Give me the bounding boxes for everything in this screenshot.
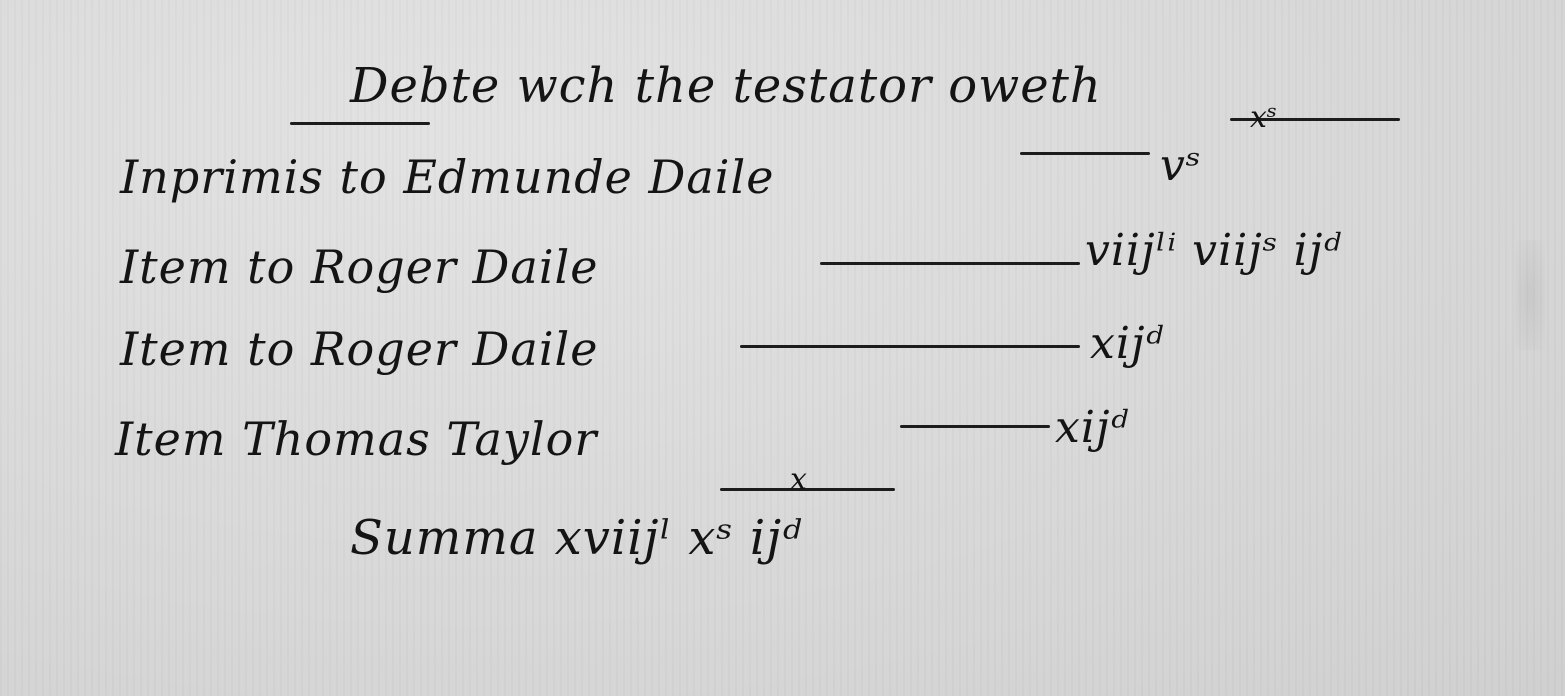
entry-payee: to Edmunde Daile [340, 150, 775, 204]
entry-3-leader [740, 345, 1080, 348]
paper-stain [1515, 240, 1545, 350]
total-correction-mark: x [790, 462, 807, 497]
entry-3-amount: xijᵈ [1090, 318, 1164, 369]
entry-prefix: Item [115, 412, 227, 466]
heading-underline-left [290, 122, 430, 125]
entry-2-amount: viijˡⁱ viijˢ ijᵈ [1085, 225, 1342, 276]
total-overline [720, 488, 895, 491]
manuscript-page: Debte wch the testator oweth Inprimis to… [0, 0, 1565, 696]
entry-2: Item to Roger Daile [120, 240, 599, 294]
entry-payee: to Roger Daile [247, 322, 598, 376]
total-amount: xviijˡ xˢ ijᵈ [555, 510, 803, 566]
entry-1-leader [1020, 152, 1150, 155]
total-line: Summa xviijˡ xˢ ijᵈ [350, 510, 802, 566]
entry-prefix: Inprimis [120, 150, 324, 204]
total-label: Summa [350, 510, 538, 566]
entry-1-marginal-note: xˢ [1250, 100, 1277, 135]
entry-payee: Thomas Taylor [242, 412, 597, 466]
entry-3: Item to Roger Daile [120, 322, 599, 376]
entry-4: Item Thomas Taylor [115, 412, 597, 466]
entry-2-leader [820, 262, 1080, 265]
entry-4-amount: xijᵈ [1055, 402, 1129, 453]
entry-prefix: Item [120, 240, 232, 294]
entry-1: Inprimis to Edmunde Daile [120, 150, 774, 204]
document-heading: Debte wch the testator oweth [350, 58, 1102, 114]
entry-4-leader [900, 425, 1050, 428]
entry-prefix: Item [120, 322, 232, 376]
entry-1-amount: vˢ [1160, 140, 1202, 191]
entry-payee: to Roger Daile [247, 240, 598, 294]
